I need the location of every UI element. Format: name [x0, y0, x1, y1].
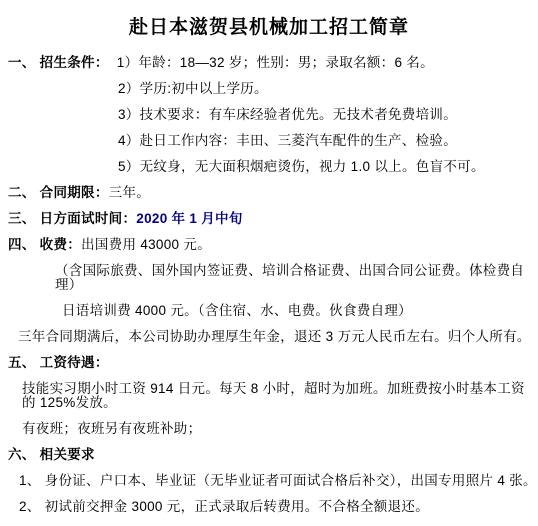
training-fee-text: 日语培训费 4000 元。（含住宿、水、电费。伙食费自理） [62, 303, 412, 318]
line-related-requirements: 六、 相关要求 [8, 448, 538, 462]
line-night-shift: 有夜班；夜班另有夜班补助； [22, 422, 538, 436]
item-age-gender-quota: 1）年龄：18—32 岁；性别：男；录取名额：6 名。 [109, 55, 434, 70]
section-label-3: 三、 日方面试时间： [8, 211, 136, 226]
section-label-1: 一、 招生条件： [8, 55, 109, 70]
documents-needed-text: 1、 身份证、户口本、毕业证（无毕业证者可面试合格后补交），出国专用照片 4 张… [19, 473, 537, 488]
item-education: 2）学历:初中以上学历。 [118, 81, 268, 96]
line-enrollment-conditions: 一、 招生条件： 1）年龄：18—32 岁；性别：男；录取名额：6 名。 [8, 56, 538, 70]
item-skill-requirement: 3）技术要求：有车床经验者优先。无技术者免费培训。 [118, 107, 457, 122]
hourly-wage-text: 技能实习期小时工资 914 日元。每天 8 小时，超时为加班。加班费按小时基本工… [22, 381, 525, 410]
line-fee-includes: （含国际旅费、国外国内签证费、培训合格证费、出国合同公证费。体检费自理） [55, 264, 538, 292]
item-physical-requirement: 5）无纹身，无大面积烟疤烫伤，视力 1.0 以上。色盲不可。 [118, 159, 485, 174]
interview-time-value: 2020 年 1 月中旬 [136, 211, 242, 226]
item-job-content: 4）赴日工作内容：丰田、三菱汽车配件的生产、检验。 [118, 133, 457, 148]
line-documents-needed: 1、 身份证、户口本、毕业证（无毕业证者可面试合格后补交），出国专用照片 4 张… [19, 474, 538, 488]
line-job-content: 4）赴日工作内容：丰田、三菱汽车配件的生产、检验。 [118, 134, 538, 148]
line-fees: 四、 收费：出国费用 43000 元。 [8, 238, 538, 252]
line-deposit: 2、 初试前交押金 3000 元，正式录取后转费用。不合格全额退还。 [19, 500, 538, 514]
recruitment-notice-document: 赴日本滋贺县机械加工招工简章 一、 招生条件： 1）年龄：18—32 岁；性别：… [0, 0, 538, 526]
contract-term-value: 三年。 [109, 185, 150, 200]
fee-total-value: 出国费用 43000 元。 [81, 237, 211, 252]
pension-refund-text: 三年合同期满后，本公司协助办理厚生年金，退还 3 万元人民币左右。归个人所有。 [18, 329, 531, 344]
section-label-6: 六、 相关要求 [8, 447, 95, 462]
line-salary-section: 五、 工资待遇： [8, 356, 538, 370]
line-physical-requirement: 5）无纹身，无大面积烟疤烫伤，视力 1.0 以上。色盲不可。 [118, 160, 538, 174]
line-hourly-wage: 技能实习期小时工资 914 日元。每天 8 小时，超时为加班。加班费按小时基本工… [22, 382, 538, 410]
document-title: 赴日本滋贺县机械加工招工简章 [0, 0, 538, 39]
line-education: 2）学历:初中以上学历。 [118, 82, 538, 96]
section-label-5: 五、 工资待遇： [8, 355, 109, 370]
line-interview-time: 三、 日方面试时间：2020 年 1 月中旬 [8, 212, 538, 226]
line-contract-term: 二、 合同期限：三年。 [8, 186, 538, 200]
night-shift-text: 有夜班；夜班另有夜班补助； [22, 421, 201, 436]
line-training-fee: 日语培训费 4000 元。（含住宿、水、电费。伙食费自理） [62, 304, 538, 318]
line-pension-refund: 三年合同期满后，本公司协助办理厚生年金，退还 3 万元人民币左右。归个人所有。 [18, 330, 538, 344]
section-label-2: 二、 合同期限： [8, 185, 109, 200]
line-skill-requirement: 3）技术要求：有车床经验者优先。无技术者免费培训。 [118, 108, 538, 122]
deposit-text: 2、 初试前交押金 3000 元，正式录取后转费用。不合格全额退还。 [19, 499, 429, 514]
section-label-4: 四、 收费： [8, 237, 81, 252]
fee-includes-text: （含国际旅费、国外国内签证费、培训合格证费、出国合同公证费。体检费自理） [55, 263, 524, 292]
